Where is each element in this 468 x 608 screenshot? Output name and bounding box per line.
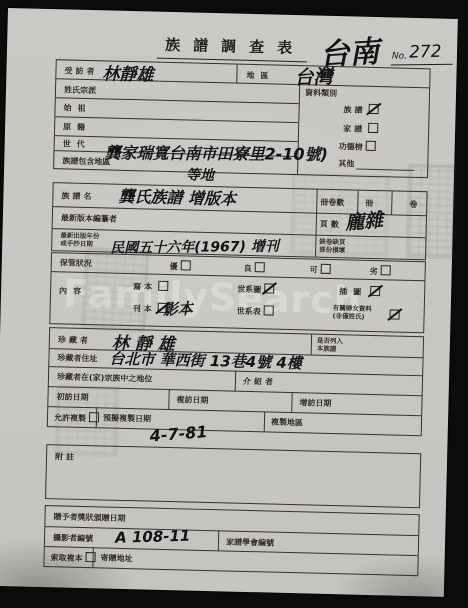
category-family-record-label: 家譜 (343, 124, 365, 134)
planned-copy-date-value: 4-7-81 (149, 422, 208, 446)
checkbox-good (255, 262, 265, 272)
content-lineage-table-label: 世系表 (237, 307, 261, 317)
volumes-unit2: 卷 (409, 199, 417, 210)
genealogy-name-label: 族譜名 (61, 190, 94, 202)
generations-label: 世代 (63, 138, 91, 150)
checkbox-manuscript (158, 281, 168, 291)
category-genealogy-label: 族譜 (344, 105, 366, 115)
compiler-label: 最新版本編纂者 (61, 212, 117, 224)
photographer-number-label: 攝影者編號 (53, 532, 93, 544)
content-illustrations-label: 插圖 (339, 287, 367, 297)
add-visit-label: 增訪日期 (299, 397, 331, 409)
request-copy-label: 索取複本 (50, 553, 82, 563)
checkbox-merit-board (366, 141, 376, 151)
collector-label: 珍藏者 (58, 334, 91, 346)
content-lineage-table: 世系表 (237, 305, 274, 318)
category-other-line (356, 169, 414, 171)
content-manuscript-label: 寫本 (133, 282, 155, 292)
category-merit-board-label: 功德榜 (339, 142, 363, 152)
copy-area-label: 複製地區 (271, 417, 303, 429)
condition-good-label: 良 (244, 264, 252, 273)
checkbox-allow-copy (89, 412, 99, 422)
introducer-label: 介紹者 (243, 376, 276, 388)
volumes-label: 冊卷數 (320, 197, 344, 209)
checkbox-excellent (181, 260, 191, 270)
interviewee-value: 林靜雄 (102, 59, 154, 85)
collector-section: 珍藏者 是否列入 本族譜 珍藏者住址 珍藏者在(家)宗族中之地位 介紹者 初訪日… (47, 327, 424, 436)
damage-label-line2: 部份損壞 (319, 246, 345, 255)
checkbox-lineage-table (264, 305, 274, 315)
checkbox-lineage-chart (264, 283, 274, 293)
society-number-label: 家譜學會編號 (226, 536, 274, 548)
checkbox-fair (321, 264, 331, 274)
listed-label-line2: 本族譜 (317, 345, 337, 353)
content-label: 內容 (59, 285, 87, 297)
notes-label: 附註 (55, 451, 77, 463)
region-value: 台灣 (294, 62, 333, 90)
admin-section: 贈予者獎狀頒贈日期 攝影者編號 家譜學會編號 索取複本 寄贈地址 (43, 505, 419, 576)
checkbox-poor (381, 265, 391, 275)
condition-poor-label: 劣 (370, 267, 378, 276)
planned-copy-date-label: 預擬複製日期 (103, 412, 151, 424)
coverage-value-2: 等地 (186, 164, 214, 185)
form-number-underline (391, 64, 453, 66)
pub-date-label-line2: 或手抄日期 (60, 239, 93, 248)
mailing-address-label: 寄贈地址 (100, 552, 132, 564)
scanned-genealogy-form: FamilySearch 族譜調查表 台南 No. 272 受訪者 林靜雄 地區… (0, 8, 458, 597)
content-women-label-line2: (非僅姓氏) (332, 312, 364, 321)
award-date-label: 贈予者獎狀頒贈日期 (53, 511, 125, 524)
category-merit-board: 功德榜 (339, 140, 376, 153)
condition-fair: 可 (310, 263, 331, 276)
checkbox-illustrations (370, 286, 380, 296)
content-printed-label: 刊本 (133, 304, 155, 314)
coverage-value: 龔家瑞寬台南市田寮里2-10號) (104, 140, 328, 165)
category-family-record: 家譜 (343, 122, 378, 135)
content-printed-note: 影本 (162, 298, 193, 320)
pages-value: 龐雜 (344, 205, 384, 235)
category-other: 其他 (338, 158, 354, 169)
request-copy: 索取複本 (50, 551, 95, 564)
coverage-label: 族譜包含地區 (62, 155, 110, 167)
form-title: 族譜調查表 (157, 34, 308, 63)
first-visit-label: 初訪日期 (56, 391, 88, 403)
content-lineage-chart: 世系圖 (237, 283, 274, 296)
condition-content-section: 保管狀況 優 良 可 劣 內容 寫本 世系圖 插圖 刊本 世系表 有關婦女資料 … (49, 252, 426, 333)
photographer-number-value: A 108-11 (115, 527, 191, 547)
condition-excellent: 優 (170, 260, 191, 273)
condition-label: 保管狀況 (60, 257, 92, 269)
first-ancestor-label: 始祖 (63, 102, 91, 114)
interviewee-label: 受訪者 (64, 65, 97, 77)
content-lineage-chart-label: 世系圖 (237, 285, 261, 295)
collector-position-label: 珍藏者在(家)宗族中之地位 (57, 371, 153, 384)
allow-copy: 允許複製 (54, 411, 99, 424)
condition-poor: 劣 (370, 265, 391, 278)
surname-clan-label: 姓氏宗派 (64, 84, 96, 96)
genealogy-name-value: 龔氏族譜 增版本 (118, 184, 236, 210)
condition-fair-label: 可 (310, 265, 318, 274)
category-other-label: 其他 (338, 159, 354, 168)
notes-section: 附註 (45, 444, 421, 508)
checkbox-clan-genealogy (369, 104, 379, 114)
origin-label: 原籍 (63, 121, 91, 133)
condition-excellent-label: 優 (170, 262, 178, 271)
content-illustrations: 插圖 (339, 285, 380, 298)
region-label: 地區 (246, 70, 274, 82)
checkbox-family-record (368, 123, 378, 133)
pages-label: 頁數 (320, 219, 342, 231)
checkbox-women-info (390, 309, 400, 319)
collector-address-label: 珍藏者住址 (57, 352, 97, 364)
form-number-label: No. (392, 51, 407, 61)
revisit-label: 複訪日期 (176, 394, 208, 406)
form-number-value: 272 (409, 42, 442, 63)
category-label: 資料類別 (305, 87, 337, 99)
checkbox-request-copy (85, 552, 95, 562)
category-genealogy: 族譜 (343, 103, 378, 116)
condition-good: 良 (244, 262, 265, 275)
content-manuscript: 寫本 (133, 280, 168, 293)
allow-copy-label: 允許複製 (54, 413, 86, 423)
